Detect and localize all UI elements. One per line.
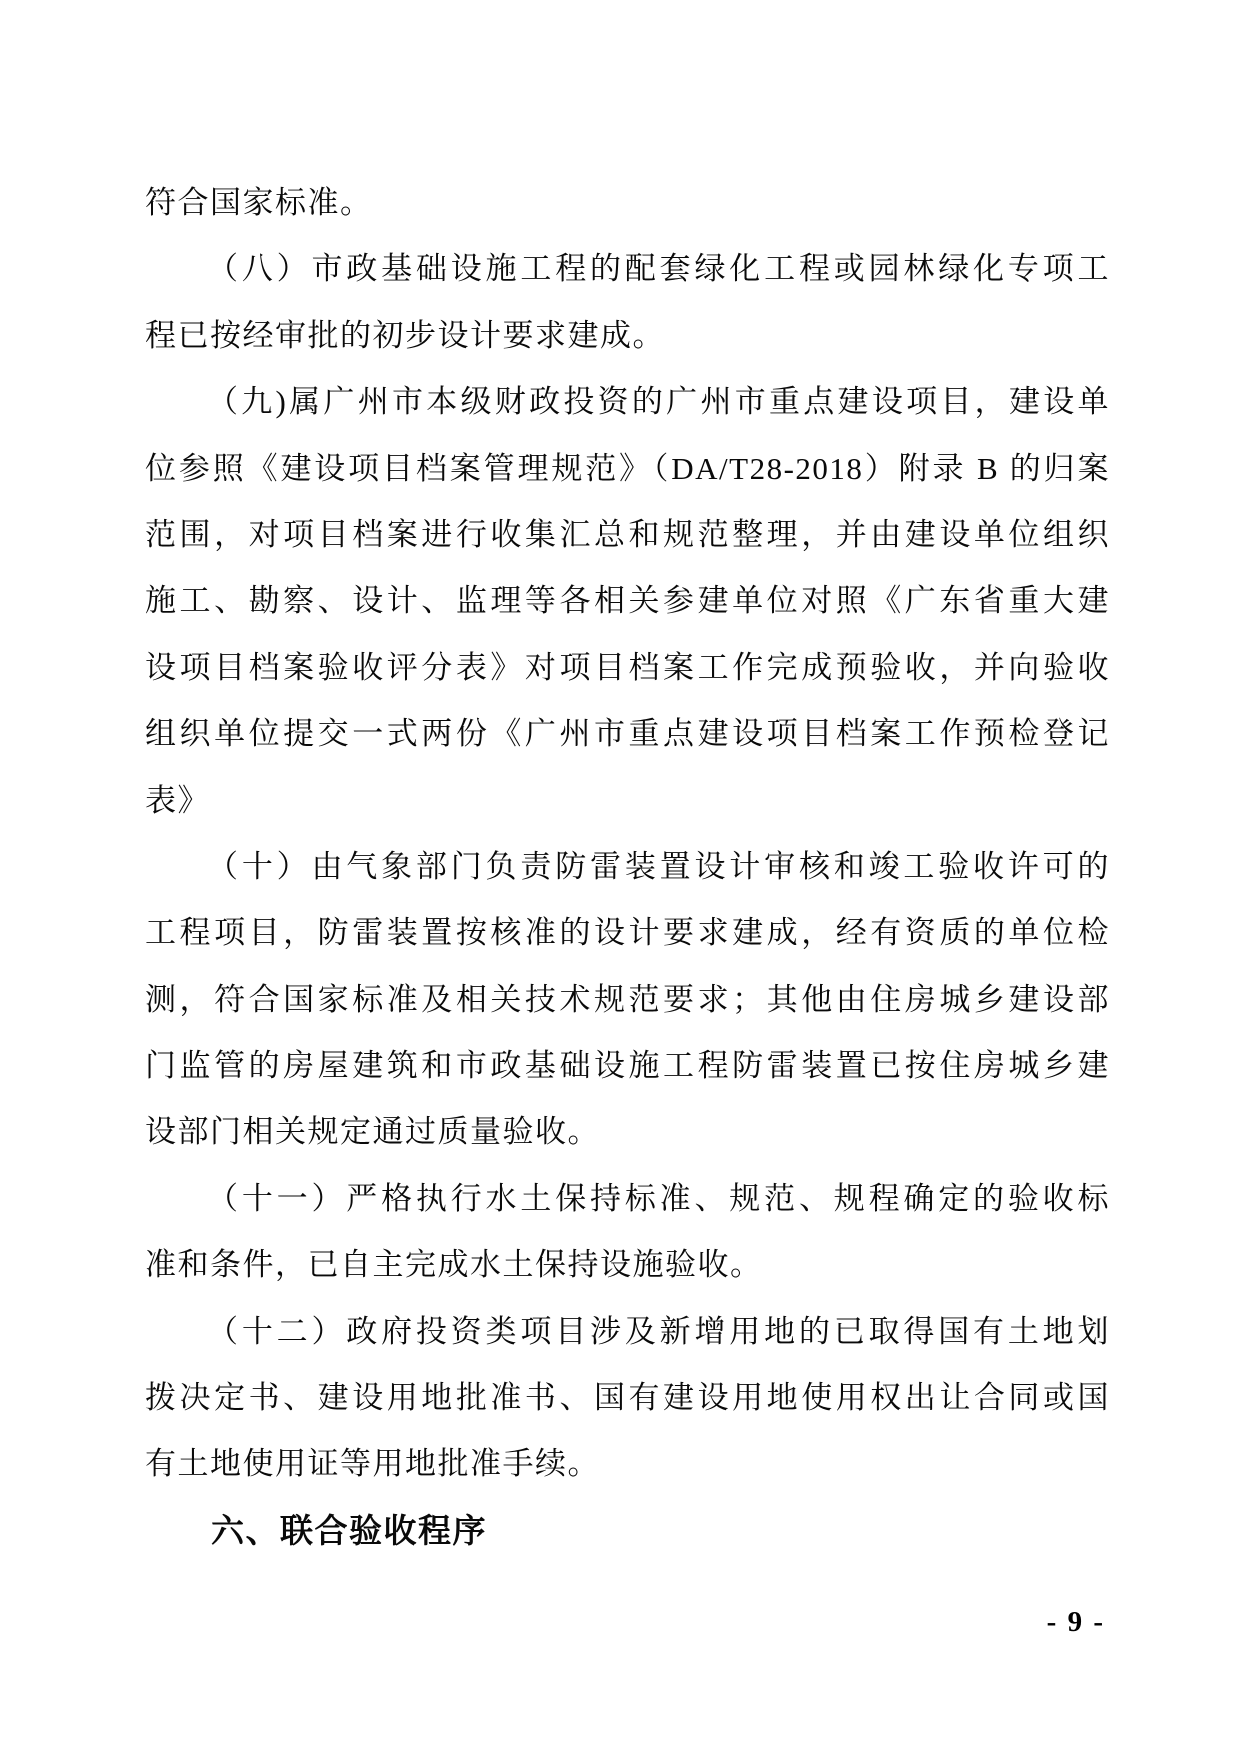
text-line: 测，符合国家标准及相关技术规范要求；其他由住房城乡建设部 — [145, 967, 1110, 1033]
text-line: 范围，对项目档案进行收集汇总和规范整理，并由建设单位组织 — [145, 502, 1110, 568]
text-line: 拨决定书、建设用地批准书、国有建设用地使用权出让合同或国 — [145, 1365, 1110, 1431]
text-line: 施工、勘察、设计、监理等各相关参建单位对照《广东省重大建 — [145, 568, 1110, 634]
text-line: 门监管的房屋建筑和市政基础设施工程防雷装置已按住房城乡建 — [145, 1033, 1110, 1099]
text-line: （八）市政基础设施工程的配套绿化工程或园林绿化专项工 — [145, 236, 1110, 302]
text-line: 位参照《建设项目档案管理规范》（DA/T28-2018）附录 B 的归案 — [145, 436, 1110, 502]
text-line: 设部门相关规定通过质量验收。 — [145, 1099, 1110, 1165]
text-line: 有土地使用证等用地批准手续。 — [145, 1431, 1110, 1497]
text-line: 符合国家标准。 — [145, 170, 1110, 236]
text-line: 组织单位提交一式两份《广州市重点建设项目档案工作预检登记 — [145, 701, 1110, 767]
text-line: （十二）政府投资类项目涉及新增用地的已取得国有土地划 — [145, 1299, 1110, 1365]
text-line: 工程项目，防雷装置按核准的设计要求建成，经有资质的单位检 — [145, 900, 1110, 966]
text-line: 设项目档案验收评分表》对项目档案工作完成预验收，并向验收 — [145, 635, 1110, 701]
section-heading-6: 六、联合验收程序 — [145, 1498, 1110, 1564]
document-page: 符合国家标准。 （八）市政基础设施工程的配套绿化工程或园林绿化专项工 程已按经审… — [0, 0, 1240, 1754]
text-line: （九)属广州市本级财政投资的广州市重点建设项目，建设单 — [145, 369, 1110, 435]
text-line: （十一）严格执行水土保持标准、规范、规程确定的验收标 — [145, 1166, 1110, 1232]
text-line: （十）由气象部门负责防雷装置设计审核和竣工验收许可的 — [145, 834, 1110, 900]
text-line: 程已按经审批的初步设计要求建成。 — [145, 303, 1110, 369]
text-line: 表》 — [145, 768, 1110, 834]
text-line: 准和条件，已自主完成水土保持设施验收。 — [145, 1232, 1110, 1298]
page-number: - 9 - — [1047, 1606, 1105, 1639]
document-body: 符合国家标准。 （八）市政基础设施工程的配套绿化工程或园林绿化专项工 程已按经审… — [145, 170, 1110, 1564]
